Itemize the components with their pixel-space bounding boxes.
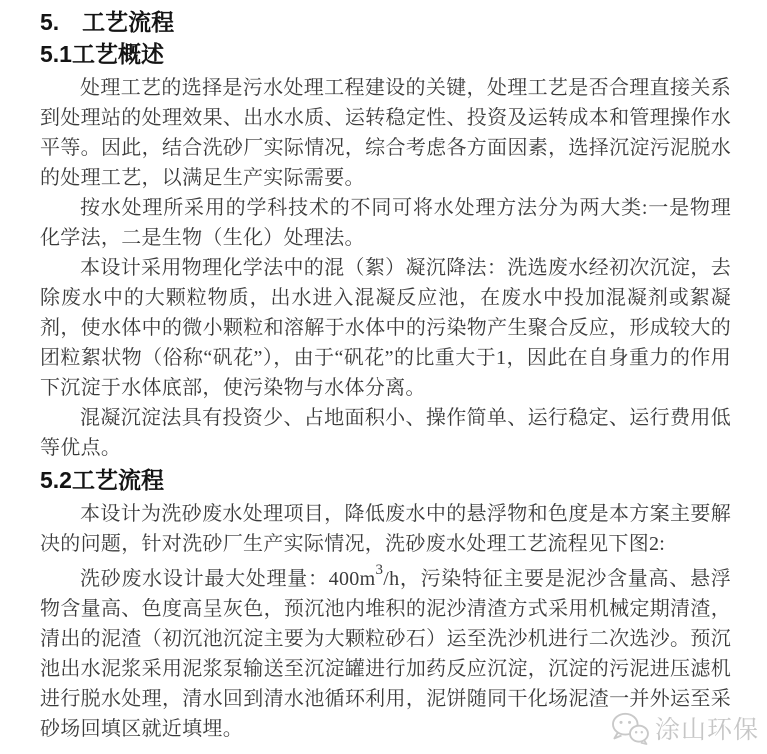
cubic-meter-superscript: 3 [375,562,383,578]
watermark-label: 涂山环保 [655,710,759,746]
wechat-logo-icon [610,711,650,745]
paragraph-method-advantages: 混凝沉淀法具有投资少、占地面积小、操作简单、运行稳定、运行费用低等优点。 [40,403,731,463]
paragraph-project-goal: 本设计为洗砂废水处理项目，降低废水中的悬浮物和色度是本方案主要解决的问题，针对洗… [40,499,731,559]
section-heading-overview: 5.1工艺概述 [40,40,731,68]
main-heading: 5. 工艺流程 [40,8,731,36]
document-page: 5. 工艺流程 5.1工艺概述 处理工艺的选择是污水处理工程建设的关键，处理工艺… [0,0,767,754]
capacity-text-before-superscript: 洗砂废水设计最大处理量：400m [80,568,375,590]
paragraph-coagulation-method: 本设计采用物理化学法中的混（絮）凝沉降法：洗选废水经初次沉淀，去除废水中的大颗粒… [40,253,731,403]
watermark: 涂山环保 [610,710,759,746]
paragraph-process-selection: 处理工艺的选择是污水处理工程建设的关键，处理工艺是否合理直接关系到处理站的处理效… [40,73,731,193]
paragraph-method-categories: 按水处理所采用的学科技术的不同可将水处理方法分为两大类:一是物理化学法，二是生物… [40,193,731,253]
section-heading-flow: 5.2工艺流程 [40,466,731,494]
